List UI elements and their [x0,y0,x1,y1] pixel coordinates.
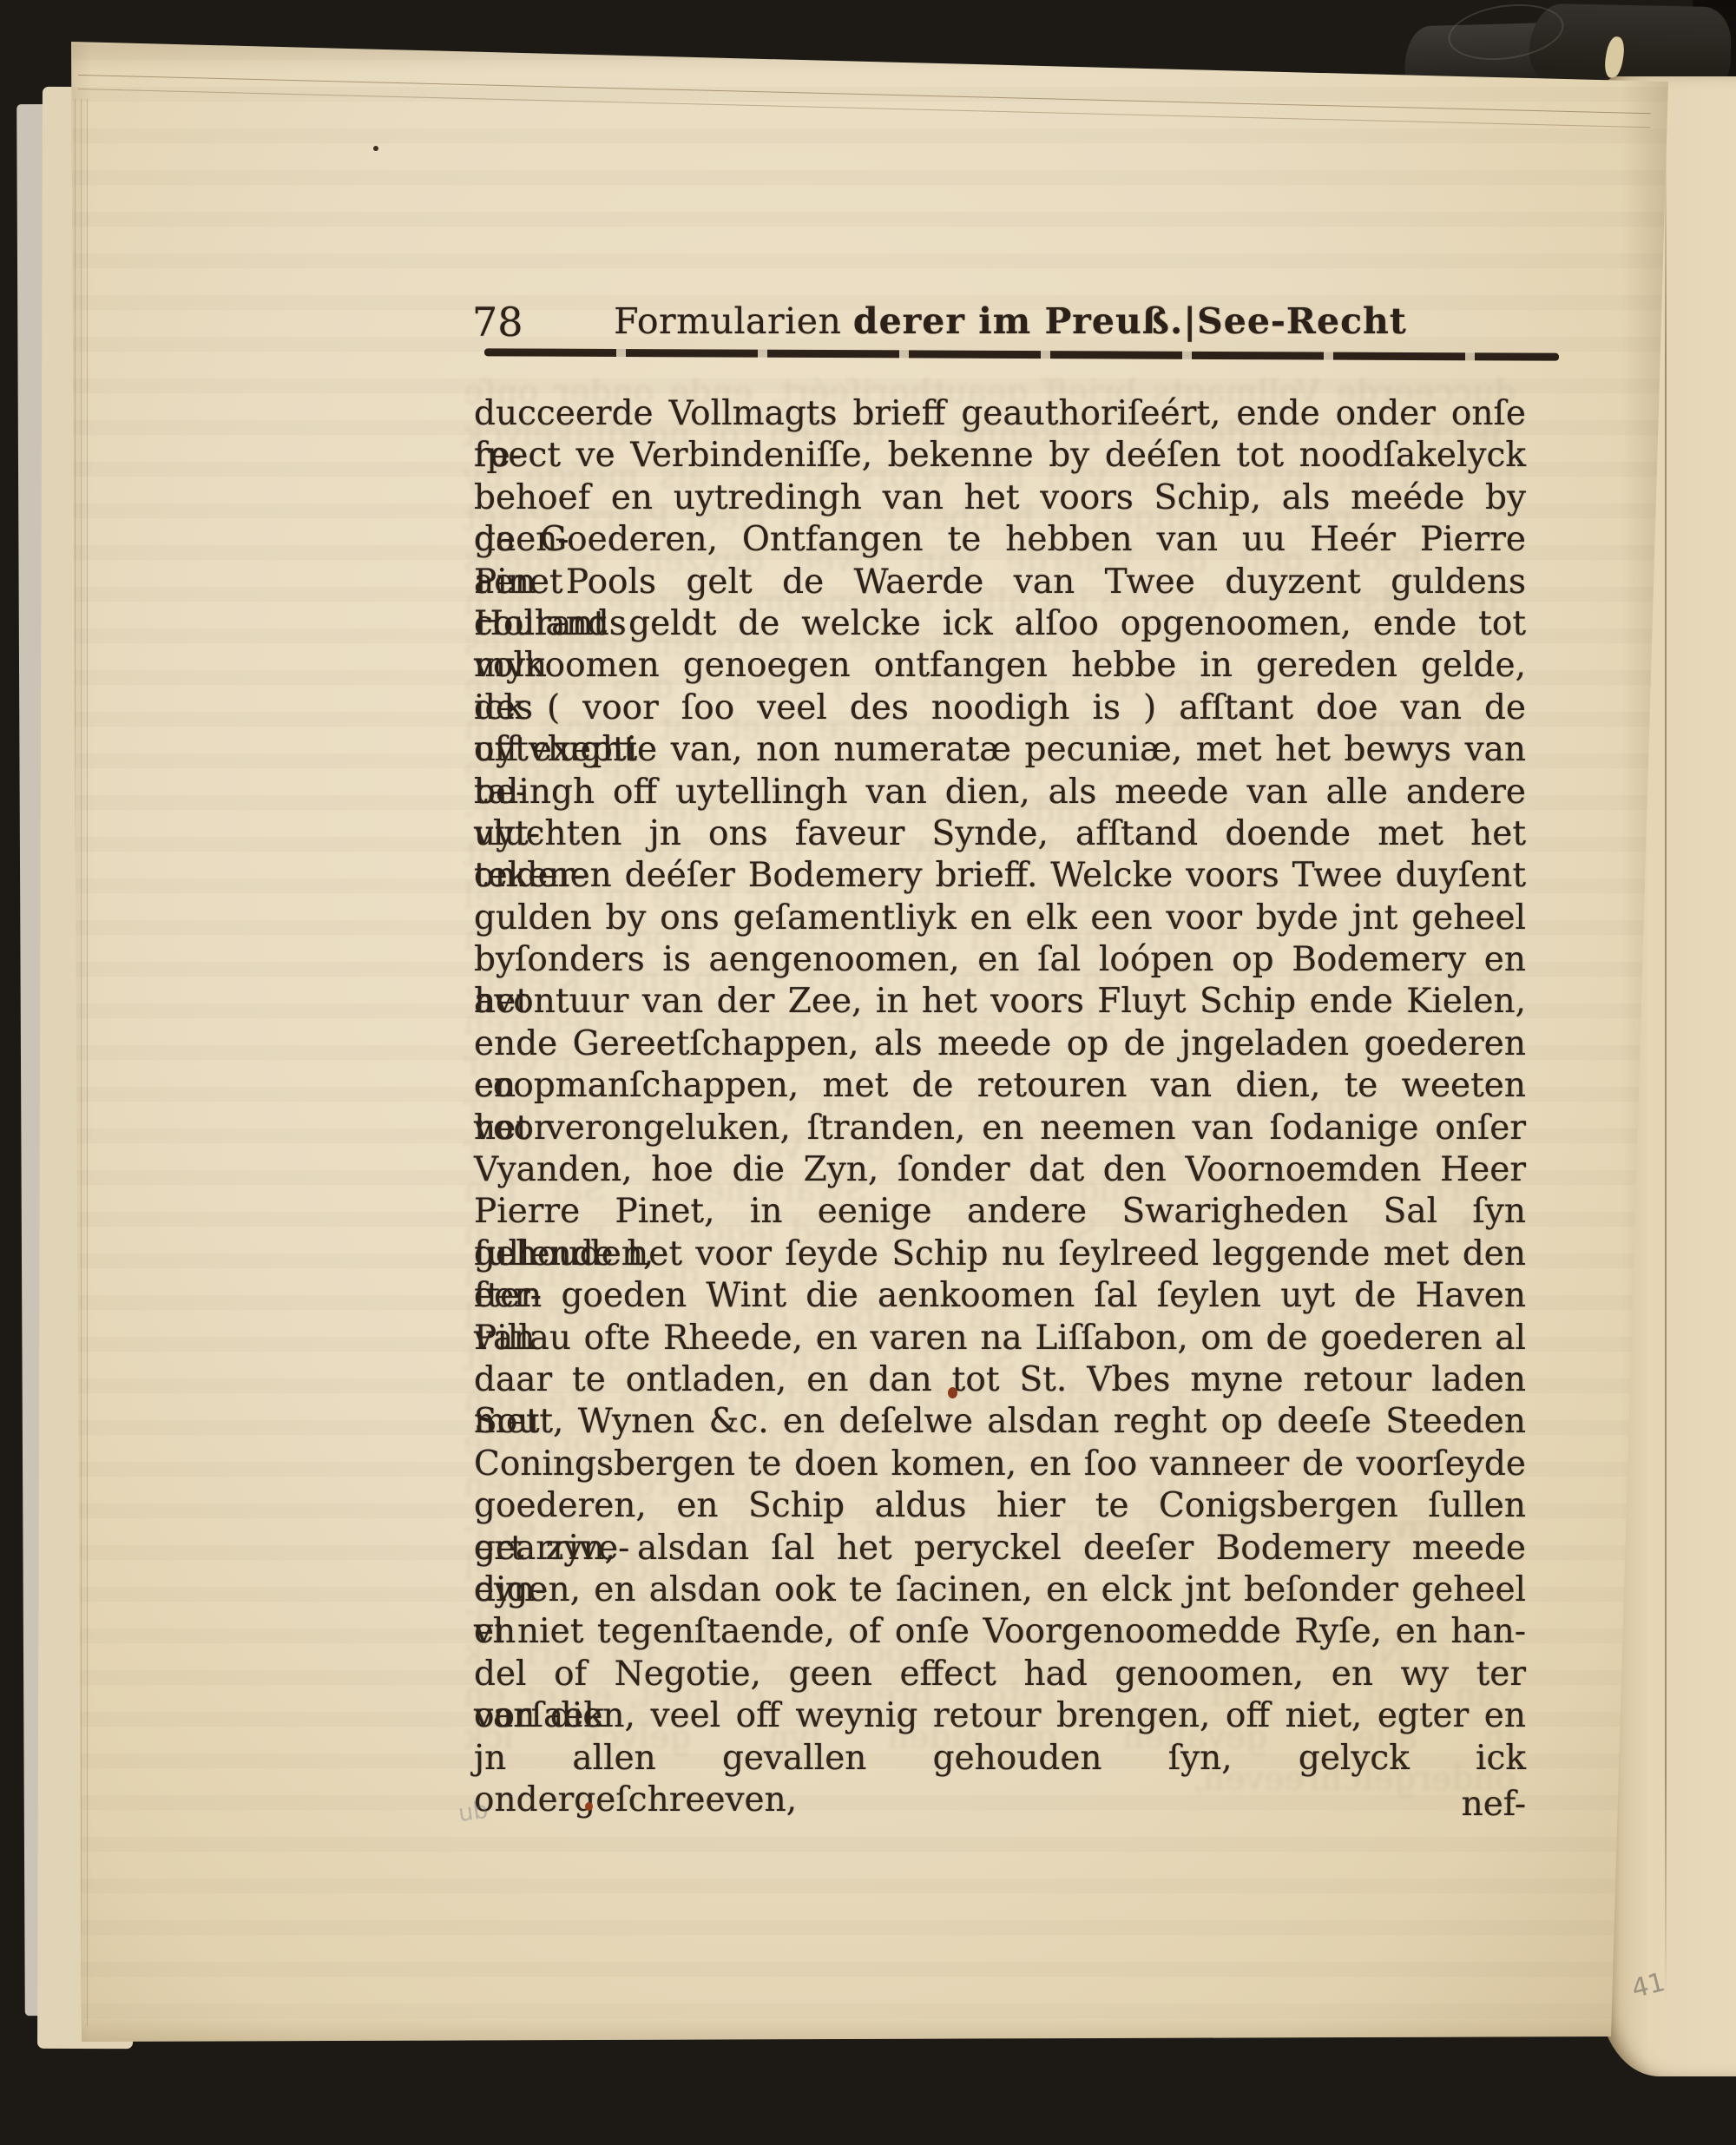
ghost-line: vluchten jn ons faveur Synde, afſtand do… [464,793,1516,834]
text-line: aen Pools gelt de Waerde van Twee duyzen… [474,562,1526,603]
text-line: coopmanſchappen, met de retouren van die… [474,1065,1526,1107]
text-line: jn allen gevallen gehouden ſyn, gelyck i… [474,1738,1526,1780]
ghost-line: ick ( voor ſoo veel des noodigh is ) afſ… [464,667,1516,708]
ghost-line: Pierre Pinet, in eenige andere Swarighed… [464,1170,1516,1212]
text-line: vl niet tegenſtaende, of onſe Voorgenoom… [474,1611,1526,1653]
ghost-line: digen, en alsdan ook te ſacinen, en elck… [464,1549,1516,1590]
text-line: Pillau ofte Rheede, en varen na Liſſabon… [474,1318,1526,1359]
text-line: van dien, veel off weynig retour brengen… [474,1695,1526,1737]
ghost-line: Coningsbergen te doen komen, en ſoo vann… [464,1423,1516,1464]
text-line: Coningsbergen te doen komen, en ſoo vann… [474,1444,1526,1485]
pencil-scribble: ub [457,1797,490,1827]
text-line: ick ( voor ſoo veel des noodigh is ) afſ… [474,688,1526,729]
text-line: gulden by ons geſamentliyk en elk een vo… [474,898,1526,939]
book-scan-stage: 41 ducceerde Vollmagts brieff geauthoriſ… [0,0,1736,2145]
text-line: ſpect ve Verbindeniſſe, bekenne by deéſe… [474,435,1526,477]
scanned-page: ducceerde Vollmagts brieff geauthoriſeér… [66,38,1674,2045]
header-roman: Formularien [614,300,853,342]
ghost-line: ſpect ve Verbindeniſſe, bekenne by deéſe… [464,414,1516,456]
ghost-line: aen Pools gelt de Waerde van Twee duyzen… [464,541,1516,582]
text-line: avontuur van der Zee, in het voors Fluyt… [474,981,1526,1023]
ghost-line: ſullende het voor ſeyde Schip nu ſeylree… [464,1213,1516,1254]
paper-speck [373,146,378,151]
paper-speck [585,1802,593,1811]
ghost-line: tekenen deéſer Bodemery brieff. Welcke v… [464,834,1516,876]
text-line: ducceerde Vollmagts brieff geauthoriſeér… [474,393,1526,435]
catchword: nef- [474,1785,1526,1824]
ghost-line: goederen, en Schip aldus hier te Conigsb… [464,1464,1516,1506]
paper-speck [948,1387,957,1398]
ghost-line: Sout, Wynen &c. en deſelwe alsdan reght … [464,1380,1516,1422]
ghost-line: ende Gereetſchappen, als meede op de jng… [464,1003,1516,1044]
body-text-block: ducceerde Vollmagts brieff geauthoriſeér… [474,393,1526,1780]
header-fraktur: derer im Preuß.|See-Recht [853,300,1407,342]
text-line: Sout, Wynen &c. en deſelwe alsdan reght … [474,1401,1526,1443]
ghost-line: coopmanſchappen, met de retouren van die… [464,1044,1516,1086]
text-line: Pierre Pinet, in eenige andere Swarighed… [474,1191,1526,1233]
ghost-line: Vyanden, hoe die Zyn, ſonder dat den Voo… [464,1128,1516,1170]
text-line: digen, en alsdan ook te ſacinen, en elck… [474,1569,1526,1611]
ghost-line: het verongeluken, ſtranden, en neemen va… [464,1087,1516,1128]
ghost-line: de Goederen, Ontfangen te hebben van uu … [464,498,1516,540]
ghost-line: jn allen gevallen gehouden ſyn, gelyck i… [464,1717,1516,1759]
ghost-line: van dien, veel off weynig retour brengen… [464,1675,1516,1716]
text-line: del of Negotie, geen effect had genoomen… [474,1654,1526,1695]
text-line: ende Gereetſchappen, als meede op de jng… [474,1023,1526,1065]
ghost-line: avontuur van der Zee, in het voors Fluyt… [464,960,1516,1002]
ghost-line: talingh off uytellingh van dien, als mee… [464,751,1516,793]
ghost-line: volkoomen genoegen ontfangen hebbe in ge… [464,624,1516,666]
ghost-line: vl niet tegenſtaende, of onſe Voorgenoom… [464,1590,1516,1632]
text-line: de Goederen, Ontfangen te hebben van uu … [474,519,1526,561]
ghost-line: byſonders is aengenoomen, en ſal loópen … [464,918,1516,960]
text-line: volkoomen genoegen ontfangen hebbe in ge… [474,645,1526,687]
text-line: ert zyn, alsdan ſal het peryckel deeſer … [474,1528,1526,1569]
ghost-line: off exeptie van, non numeratæ pecuniæ, m… [464,708,1516,750]
text-line: Vyanden, hoe die Zyn, ſonder dat den Voo… [474,1149,1526,1191]
ghost-line: behoef en uytredingh van het voors Schip… [464,457,1516,498]
ghost-line: courant geldt de welcke ick alſoo opgeno… [464,582,1516,624]
ghost-line: gulden by ons geſamentliyk en elk een vo… [464,877,1516,918]
text-line: ſten goeden Wint die aenkoomen ſal ſeyle… [474,1275,1526,1317]
text-line: het verongeluken, ſtranden, en neemen va… [474,1108,1526,1149]
ghost-line: del of Negotie, geen effect had genoomen… [464,1633,1516,1675]
gutter-fold-line [1665,128,1667,2004]
header-rule [484,348,1559,360]
text-line: off exeptie van, non numeratæ pecuniæ, m… [474,729,1526,771]
show-through-text: ducceerde Vollmagts brieff geauthoriſeér… [464,372,1516,1759]
text-line: goederen, en Schip aldus hier te Conigsb… [474,1485,1526,1527]
text-line: talingh off uytellingh van dien, als mee… [474,772,1526,813]
page-number: 78 [472,299,523,345]
ghost-line: ſten goeden Wint die aenkoomen ſal ſeyle… [464,1254,1516,1296]
text-line: behoef en uytredingh van het voors Schip… [474,477,1526,519]
text-line: ſullende het voor ſeyde Schip nu ſeylree… [474,1234,1526,1275]
page-edge-lines-top [78,75,1651,128]
text-line: daar te ontladen, en dan tot St. Vbes my… [474,1359,1526,1401]
ghost-line: ducceerde Vollmagts brieff geauthoriſeér… [464,372,1516,414]
ghost-line: ert zyn, alsdan ſal het peryckel deeſer … [464,1507,1516,1549]
pencil-mark: 41 [1628,1967,1668,2004]
ghost-line: daar te ontladen, en dan tot St. Vbes my… [464,1339,1516,1380]
text-line: courant geldt de welcke ick alſoo opgeno… [474,603,1526,645]
text-line: vluchten jn ons faveur Synde, afſtand do… [474,813,1526,855]
ghost-line: Pillau ofte Rheede, en varen na Liſſabon… [464,1297,1516,1339]
text-line: tekenen deéſer Bodemery brieff. Welcke v… [474,855,1526,897]
running-header: Formularien derer im Preuß.|See-Recht [476,300,1545,342]
text-line: byſonders is aengenoomen, en ſal loópen … [474,939,1526,981]
